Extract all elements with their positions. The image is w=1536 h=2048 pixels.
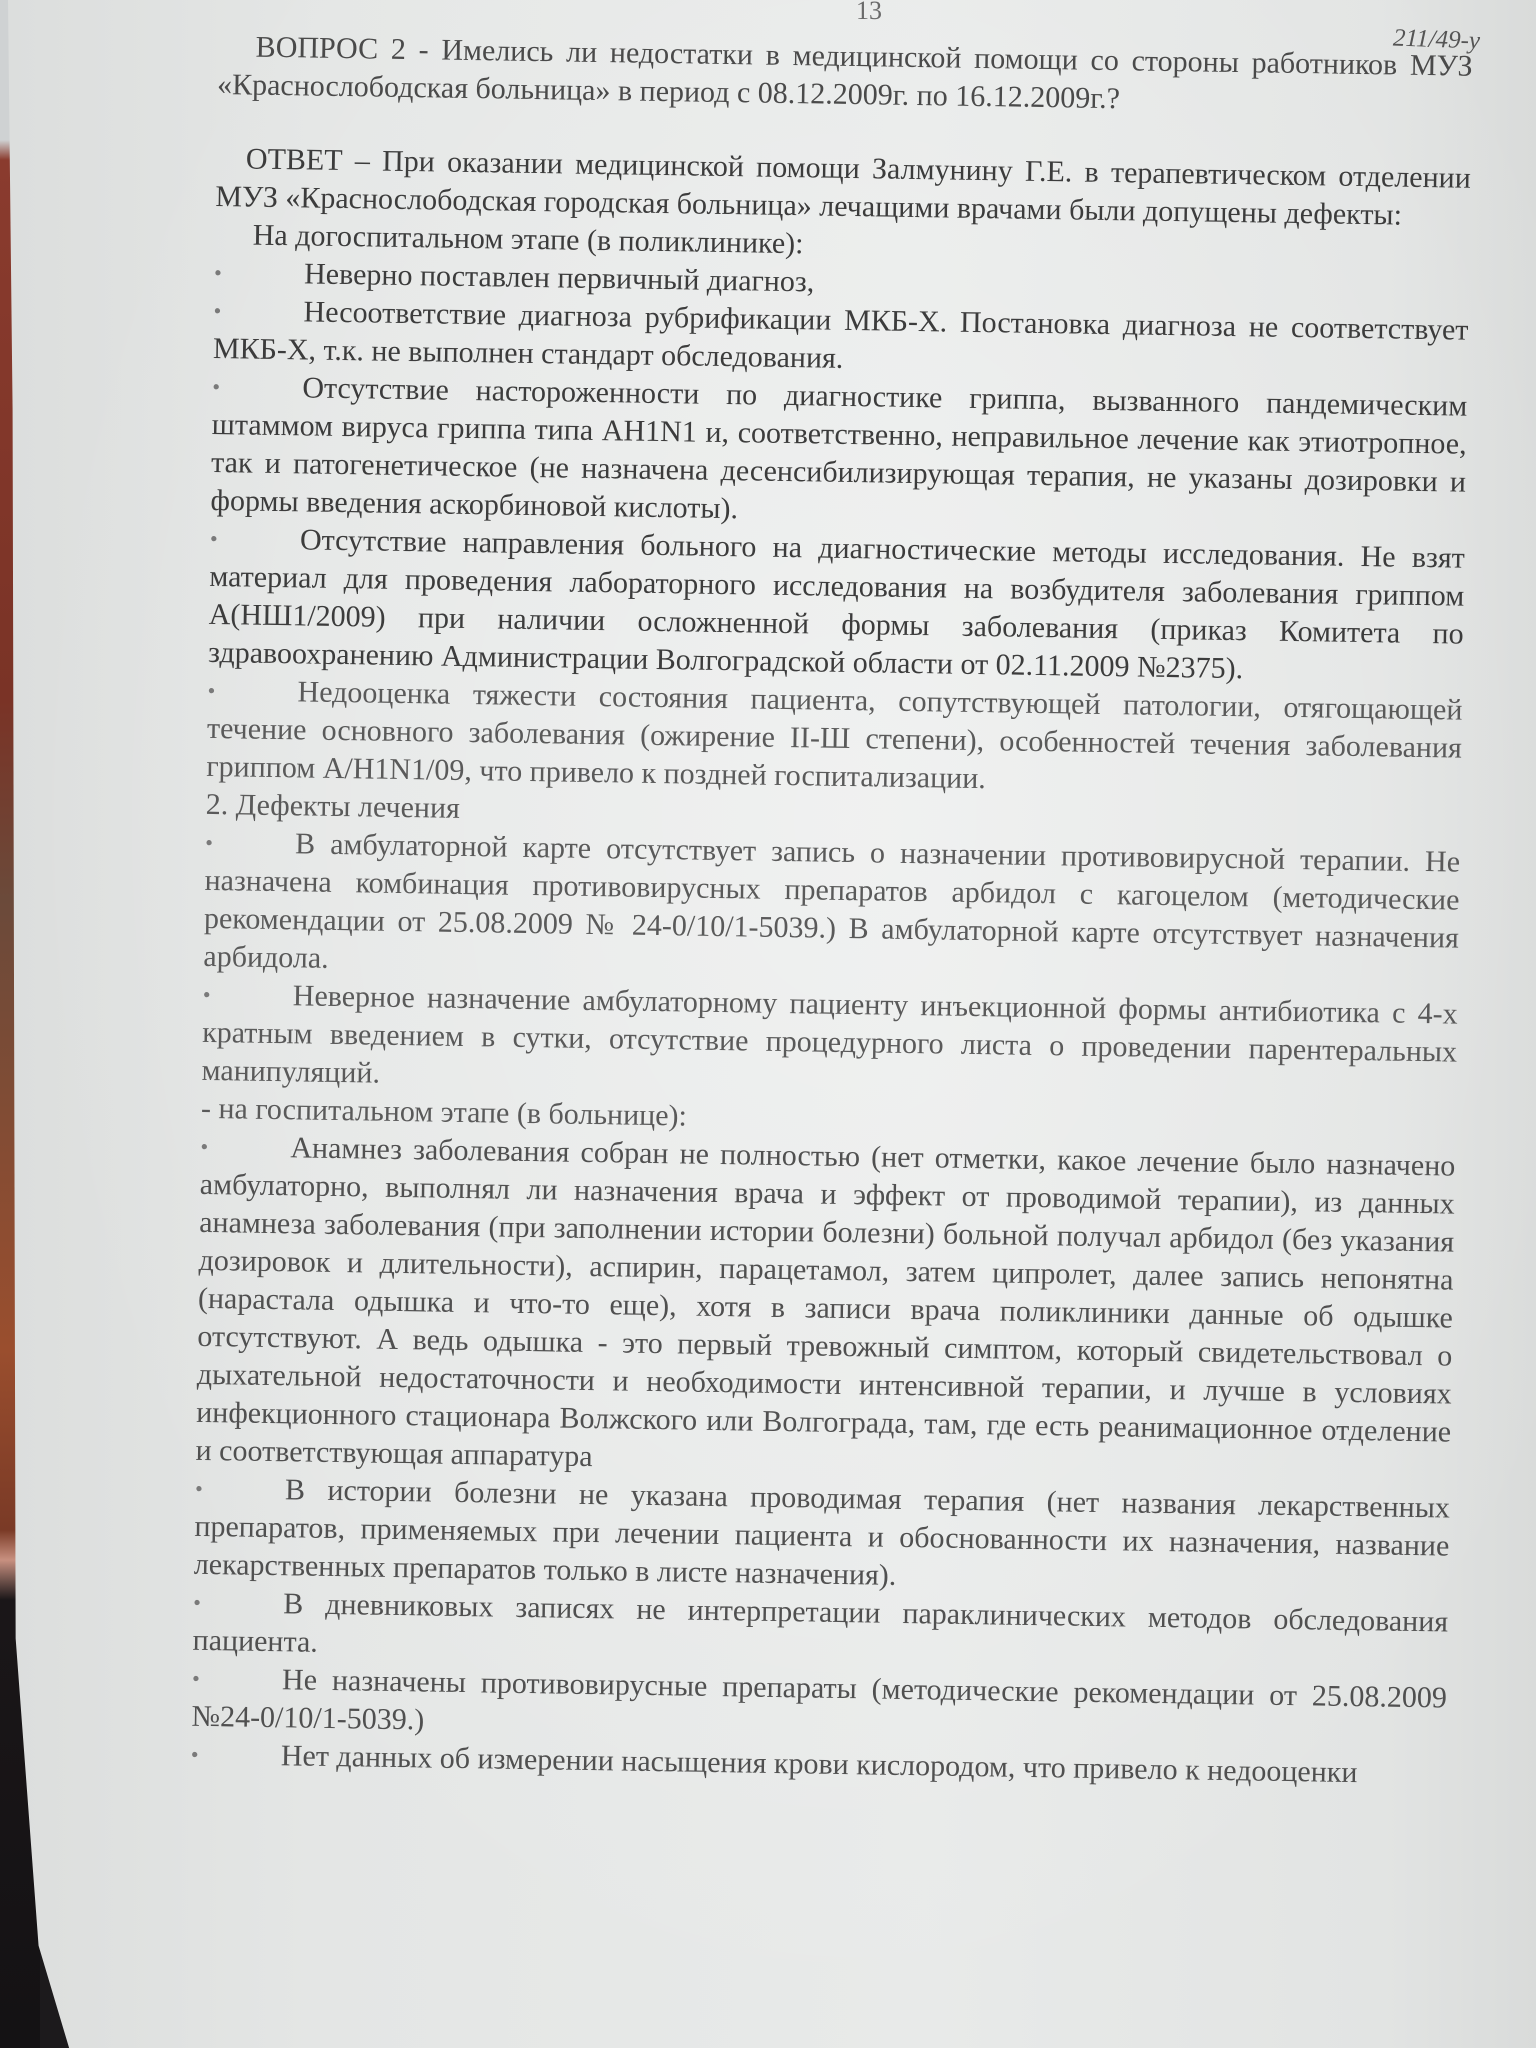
list-item: В амбулаторной карте отсутствует запись … [203, 824, 1460, 996]
document-body: ВОПРОС 2 - Имелись ли недостатки в медиц… [191, 28, 1473, 1793]
list-item: Отсутствие настороженности по диагностик… [210, 368, 1467, 540]
page-number: 13 [856, 0, 882, 26]
question-text: ВОПРОС 2 - Имелись ли недостатки в медиц… [217, 28, 1473, 124]
list-item: Неверное назначение амбулаторному пациен… [201, 976, 1458, 1110]
list-item: В истории болезни не указана проводимая … [194, 1470, 1451, 1604]
list-item: Недооценка тяжести состояния пациента, с… [206, 672, 1463, 806]
list-item: Анамнез заболевания собран не полностью … [195, 1128, 1455, 1490]
list-item: Отсутствие направления больного на диагн… [208, 520, 1465, 692]
document-page: 13 211/49-у ВОПРОС 2 - Имелись ли недост… [8, 0, 1536, 2048]
